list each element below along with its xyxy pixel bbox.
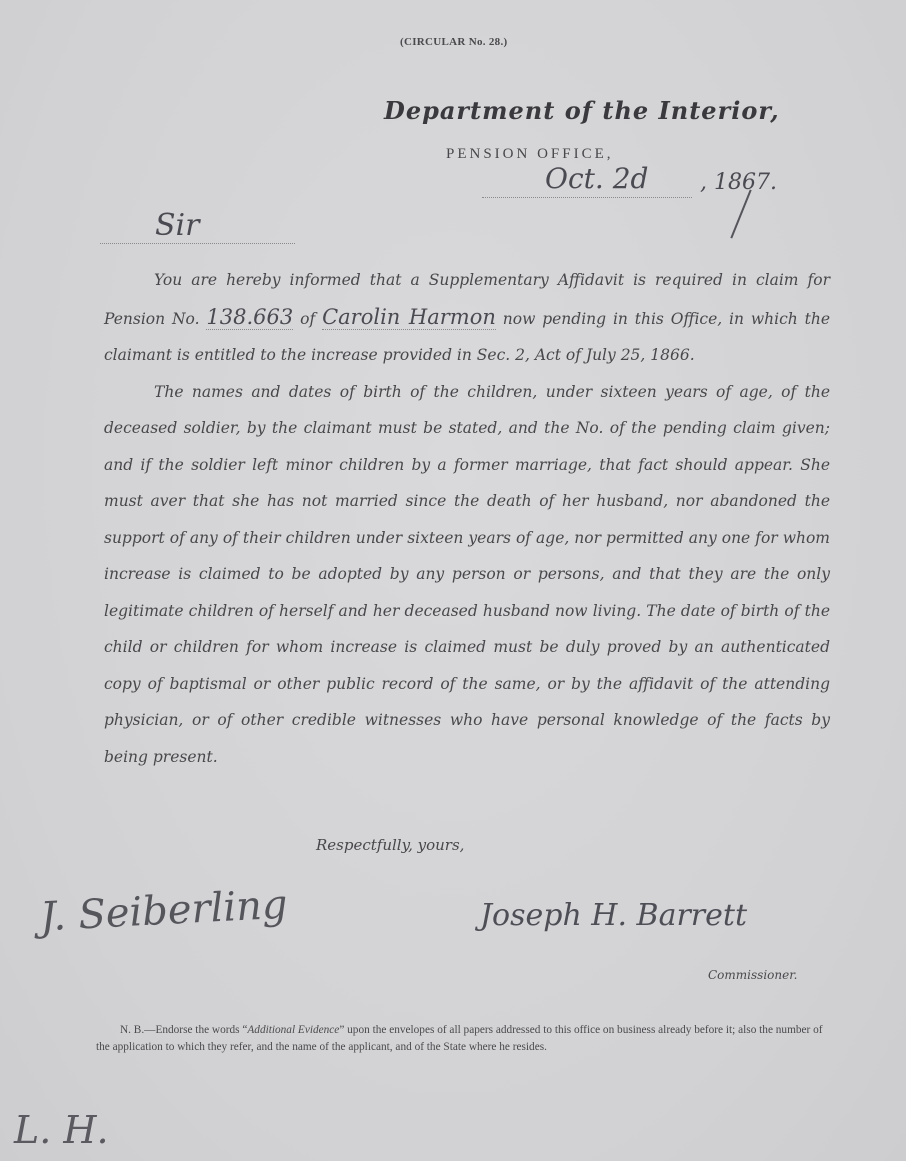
circular-number: (CIRCULAR No. 28.) (400, 36, 507, 48)
handwritten-date: Oct. 2d (545, 162, 648, 195)
office-heading: PENSION OFFICE, (446, 146, 614, 163)
signature-left: J. Seiberling (39, 882, 289, 941)
closing: Respectfully, yours, (316, 836, 464, 854)
date-year: , 1867. (700, 170, 777, 195)
initials: L. H. (14, 1108, 109, 1152)
signature-commissioner: Joseph H. Barrett (480, 898, 747, 933)
document-page: (CIRCULAR No. 28.) Department of the Int… (0, 0, 906, 1161)
pen-stroke-mark (730, 190, 751, 239)
paragraph-2: The names and dates of birth of the chil… (104, 374, 830, 776)
pension-number: 138.663 (206, 305, 293, 330)
letter-body: You are hereby informed that a Supplemen… (104, 262, 830, 775)
department-heading: Department of the Interior, (384, 96, 780, 125)
date-line (482, 197, 692, 198)
salutation: Sir (155, 208, 200, 243)
salutation-line (100, 243, 295, 244)
claimant-name: Carolin Harmon (322, 305, 496, 330)
signer-title: Commissioner. (708, 968, 797, 982)
footnote: N. B.—Endorse the words “Additional Evid… (96, 1022, 832, 1056)
paragraph-1: You are hereby informed that a Supplemen… (104, 262, 830, 374)
